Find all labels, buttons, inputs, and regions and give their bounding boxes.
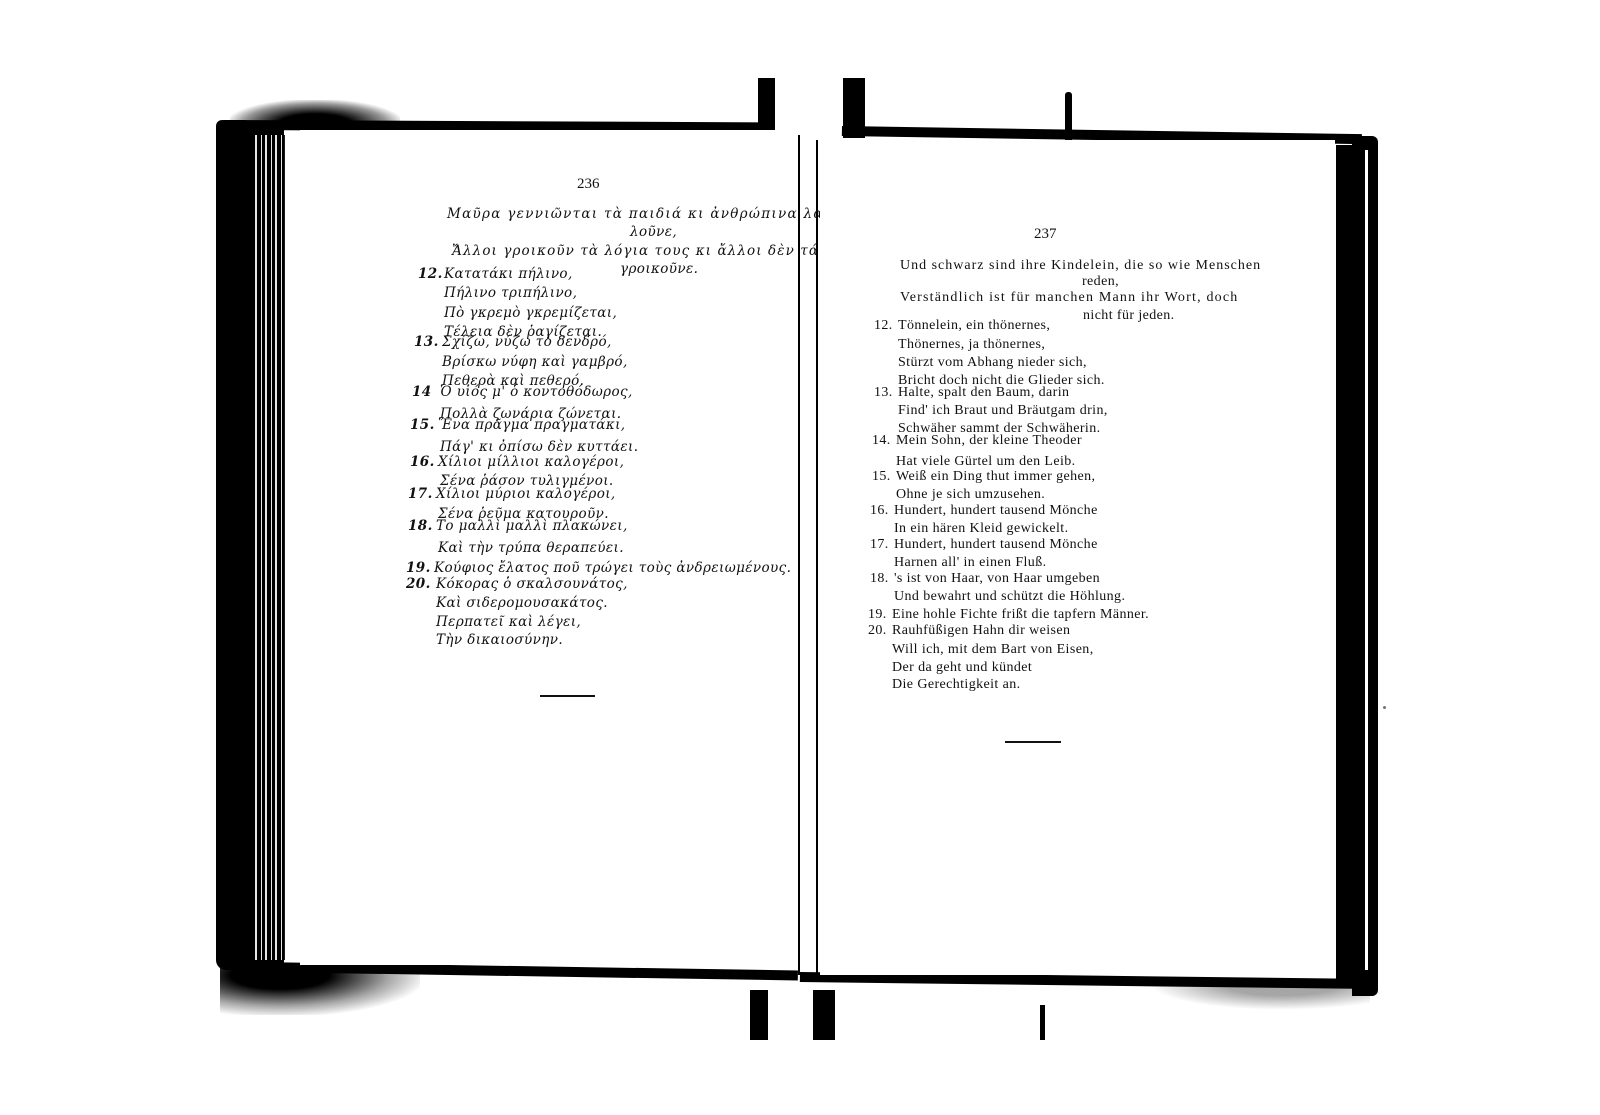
- riddle-line: In ein hären Kleid gewickelt.: [894, 521, 1068, 537]
- riddle-line: Σχίζω, νύζω τὸ δενδρό,: [442, 334, 612, 350]
- riddle-line: Χίλιοι μίλλιοι καλογέροι,: [438, 454, 624, 470]
- riddle-line: Ohne je sich umzusehen.: [896, 487, 1045, 503]
- riddle-12: 12.Tönnelein, ein thönernes,: [874, 318, 1050, 334]
- riddle-16: 16.Χίλιοι μίλλιοι καλογέροι,: [410, 454, 624, 470]
- right-page: 237 Und schwarz sind ihre Kindelein, die…: [820, 140, 1335, 975]
- riddle-line: Und bewahrt und schützt die Höhlung.: [894, 589, 1125, 605]
- riddle-number: 12.: [418, 266, 444, 282]
- left-top-smudge: [230, 100, 400, 124]
- end-rule: [540, 695, 595, 697]
- riddle-17: 17.Χίλιοι μύριοι καλογέροι,: [408, 486, 616, 502]
- intro-line: Ἄλλοι γροικοῦν τὰ λόγια τους κι ἄλλοι δὲ…: [452, 243, 819, 259]
- left-bottom-smudge: [220, 965, 420, 1015]
- gutter-line-right: [816, 140, 818, 980]
- riddle-line: Harnen all' in einen Fluß.: [894, 555, 1047, 571]
- riddle-number: 17.: [870, 537, 894, 553]
- riddle-18: 18.Το μαλλὶ μαλλὶ πλακώνει,: [408, 518, 628, 534]
- riddle-line: Πάγ' κι ὀπίσω δὲν κυττάει.: [440, 439, 638, 455]
- riddle-line: Mein Sohn, der kleine Theoder: [896, 433, 1082, 448]
- riddle-line: Der da geht und kündet: [892, 660, 1032, 676]
- riddle-20: 20.Rauhfüßigen Hahn dir weisen: [868, 623, 1070, 639]
- riddle-number: 14.: [872, 433, 896, 449]
- bottom-tab-marker: [1040, 1005, 1045, 1040]
- riddle-line: Πὸ γκρεμὸ γκρεμίζεται,: [444, 305, 617, 321]
- bottom-clip-right: [813, 990, 835, 1040]
- riddle-line: Βρίσκω νύφη καὶ γαμβρό,: [442, 354, 628, 370]
- left-cover-edge: [216, 120, 246, 970]
- riddle-line: Καὶ τὴν τρύπα θεραπεύει.: [438, 540, 624, 556]
- gutter-line-left: [798, 135, 800, 975]
- riddle-15: 15.Weiß ein Ding thut immer gehen,: [872, 469, 1095, 485]
- riddle-number: 13.: [414, 334, 442, 350]
- riddle-line: Halte, spalt den Baum, darin: [898, 385, 1069, 400]
- riddle-17: 17.Hundert, hundert tausend Mönche: [870, 537, 1098, 553]
- intro-line: γροικοῦνε.: [620, 261, 698, 277]
- riddle-19: 19.Eine hohle Fichte frißt die tapfern M…: [868, 607, 1149, 623]
- riddle-line: Χίλιοι μύριοι καλογέροι,: [436, 486, 616, 502]
- riddle-15: 15.Ἕνα πρᾶγμα πραγματάκι,: [410, 417, 625, 433]
- riddle-line: Stürzt vom Abhang nieder sich,: [898, 355, 1087, 371]
- page-number: 237: [1034, 226, 1057, 243]
- riddle-line: Περπατεῖ καὶ λέγει,: [436, 614, 581, 630]
- riddle-line: Rauhfüßigen Hahn dir weisen: [892, 623, 1070, 638]
- left-page: 236 Μαῦρα γεννιῶνται τὰ παιδιά κι ἀνθρώπ…: [300, 130, 797, 965]
- riddle-13: 13.Halte, spalt den Baum, darin: [874, 385, 1069, 401]
- riddle-14: 14.Mein Sohn, der kleine Theoder: [872, 433, 1082, 449]
- riddle-16: 16.Hundert, hundert tausend Mönche: [870, 503, 1098, 519]
- bottom-clip-left: [750, 990, 768, 1040]
- riddle-line: Κατατάκι πήλινο,: [444, 266, 573, 282]
- riddle-number: 20.: [406, 576, 436, 592]
- riddle-line: Πήλινο τριπήλινο,: [444, 285, 577, 301]
- page-number: 236: [577, 176, 600, 193]
- intro-line: reden,: [1082, 274, 1119, 290]
- right-bottom-smudge: [1150, 985, 1370, 1010]
- riddle-number: 14: [412, 384, 440, 400]
- intro-line: nicht für jeden.: [1083, 308, 1175, 324]
- riddle-line: Hundert, hundert tausend Mönche: [894, 537, 1098, 552]
- riddle-line: Die Gerechtigkeit an.: [892, 677, 1021, 693]
- riddle-number: 15.: [872, 469, 896, 485]
- intro-line: Und schwarz sind ihre Kindelein, die so …: [900, 258, 1261, 274]
- riddle-line: Καὶ σιδερομουσακάτος.: [436, 595, 608, 611]
- left-page-stack-lines: [252, 135, 286, 960]
- riddle-number: 17.: [408, 486, 436, 502]
- intro-line: λοῦνε,: [630, 224, 677, 240]
- riddle-line: 's ist von Haar, von Haar umgeben: [894, 571, 1100, 586]
- top-clip-left: [758, 78, 775, 133]
- right-page-stack: [1336, 145, 1352, 980]
- end-rule: [1005, 741, 1061, 743]
- riddle-number: 19.: [406, 560, 434, 576]
- riddle-line: Hat viele Gürtel um den Leib.: [896, 454, 1076, 470]
- riddle-number: 12.: [874, 318, 898, 334]
- riddle-line: Ἕνα πρᾶγμα πραγματάκι,: [438, 417, 625, 433]
- riddle-number: 18.: [408, 518, 436, 534]
- riddle-line: Eine hohle Fichte frißt die tapfern Männ…: [892, 607, 1149, 622]
- riddle-14: 14Ὁ υἱός μ' ὁ κοντοθόδωρος,: [412, 384, 633, 400]
- riddle-18: 18.'s ist von Haar, von Haar umgeben: [870, 571, 1100, 587]
- right-cover-gap: [1365, 150, 1368, 970]
- riddle-12: 12.Κατατάκι πήλινο,: [418, 266, 573, 282]
- riddle-19: 19.Κούφιος ἔλατος ποῦ τρώγει τοὺς ἀνδρει…: [406, 560, 791, 576]
- riddle-number: 15.: [410, 417, 438, 433]
- riddle-number: 18.: [870, 571, 894, 587]
- riddle-number: 16.: [410, 454, 438, 470]
- riddle-number: 16.: [870, 503, 894, 519]
- riddle-line: Τὴν δικαιοσύνην.: [436, 632, 563, 648]
- riddle-line: Κόκορας ὁ σκαλσουνάτος,: [436, 576, 628, 592]
- scan-speck: [1383, 706, 1386, 709]
- riddle-line: Κούφιος ἔλατος ποῦ τρώγει τοὺς ἀνδρειωμέ…: [434, 560, 791, 576]
- riddle-line: Will ich, mit dem Bart von Eisen,: [892, 642, 1094, 658]
- riddle-line: Weiß ein Ding thut immer gehen,: [896, 469, 1095, 484]
- riddle-20: 20.Κόκορας ὁ σκαλσουνάτος,: [406, 576, 628, 592]
- riddle-line: Thönernes, ja thönernes,: [898, 337, 1045, 353]
- intro-line: Μαῦρα γεννιῶνται τὰ παιδιά κι ἀνθρώπινα …: [447, 206, 830, 222]
- riddle-number: 19.: [868, 607, 892, 623]
- riddle-line: Το μαλλὶ μαλλὶ πλακώνει,: [436, 518, 628, 534]
- riddle-13: 13.Σχίζω, νύζω τὸ δενδρό,: [414, 334, 612, 350]
- riddle-line: Hundert, hundert tausend Mönche: [894, 503, 1098, 518]
- intro-line: Verständlich ist für manchen Mann ihr Wo…: [900, 290, 1238, 306]
- riddle-line: Find' ich Braut und Bräutgam drin,: [898, 403, 1108, 419]
- riddle-line: Tönnelein, ein thönernes,: [898, 318, 1050, 333]
- riddle-number: 20.: [868, 623, 892, 639]
- riddle-number: 13.: [874, 385, 898, 401]
- riddle-line: Ὁ υἱός μ' ὁ κοντοθόδωρος,: [440, 384, 633, 400]
